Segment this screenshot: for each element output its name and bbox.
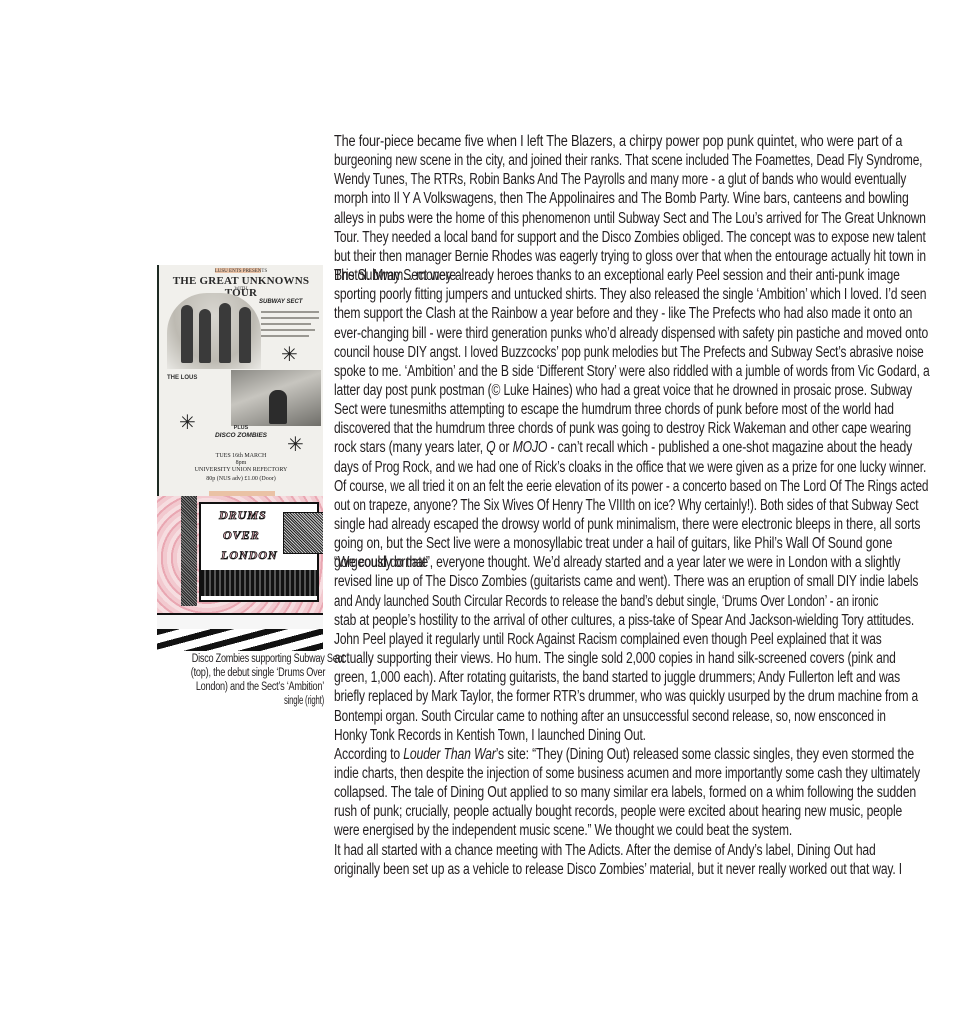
band-member-figure — [219, 303, 231, 363]
line-rest: already heroes thanks to an exceptional … — [452, 267, 900, 284]
poster-body-text — [261, 311, 319, 313]
text-line-overlap: “We could do that”, gorgeously ornate “W… — [334, 553, 900, 572]
poster-body-text — [261, 323, 311, 325]
text-line: going on, but the Sect live were a monos… — [334, 534, 892, 553]
curtain-illustration — [181, 496, 197, 606]
sleeve-word: DRUMS — [219, 508, 267, 523]
text-line: sporting poorly fitting jumpers and untu… — [334, 285, 926, 304]
poster-body-text — [261, 329, 315, 331]
text-line: Bontempi organ. South Circular came to n… — [334, 707, 886, 726]
poster-support: DISCO ZOMBIES — [159, 432, 323, 439]
text-line-mixed: According to Louder Than War’s site: “Th… — [334, 745, 914, 764]
gig-poster-image: LUSU ENTS PRESENTS THE GREAT UNKNOWNS TO… — [157, 265, 323, 496]
text-line: them support the Clash at the Rainbow a … — [334, 304, 912, 323]
publication-title: Louder Than War — [403, 746, 495, 763]
text-line: council house DIY angst. I loved Buzzcoc… — [334, 343, 924, 362]
poster-presenter: LUSU ENTS PRESENTS — [159, 269, 323, 274]
poster-with: WITH — [159, 287, 323, 292]
text-line: briefly replaced by Mark Taylor, the for… — [334, 687, 918, 706]
text-line: ever-changing bill - were third generati… — [334, 324, 928, 343]
poster-band2: THE LOUS — [167, 375, 197, 381]
figure-caption: Disco Zombies supporting Subway Sect (to… — [157, 652, 324, 708]
text-line: John Peel played it regularly until Rock… — [334, 630, 882, 649]
text-line: out on trapeze, anyone? The Six Wives Of… — [334, 496, 918, 515]
sleeve-word: LONDON — [221, 548, 278, 563]
text-line: discovered that the humdrum three chords… — [334, 419, 911, 438]
text-segment: rock stars (many years later, — [334, 439, 486, 456]
text-line: Sect were tunesmiths attempting to escap… — [334, 400, 894, 419]
text-line: Tour. They needed a local band for suppo… — [334, 228, 926, 247]
text-line: latter day post punk postman (© Luke Hai… — [334, 381, 912, 400]
band-member-figure — [239, 307, 251, 363]
text-line: revised line up of The Disco Zombies (gu… — [334, 572, 918, 591]
text-line: days of Prog Rock, and we had one of Ric… — [334, 458, 926, 477]
text-line: single had already escaped the drowsy wo… — [334, 515, 920, 534]
text-line: Wendy Tunes, The RTRs, Robin Banks And T… — [334, 170, 906, 189]
text-line: morph into Il Y A Volkswagens, then The … — [334, 189, 909, 208]
band-member-figure — [181, 305, 193, 363]
magazine-title-q: Q — [486, 439, 495, 456]
poster-time: 8pm — [159, 460, 323, 467]
text-line: indie charts, then despite the injection… — [334, 764, 920, 783]
poster-date-block: TUES 16th MARCH 8pm UNIVERSITY UNION REF… — [159, 453, 323, 483]
sleeve-word: OVER — [223, 528, 260, 543]
text-line: were energised by the independent music … — [334, 821, 792, 840]
text-line: stab at people’s hostility to the arriva… — [334, 611, 914, 630]
text-segment: ’s site: “They (Dining Out) released som… — [496, 746, 914, 763]
person-figure — [269, 390, 287, 424]
text-line: Of course, we all tried it on an felt th… — [334, 477, 928, 496]
drums-over-london-sleeve-image: DRUMS OVER LONDON — [157, 496, 323, 651]
sill-illustration — [157, 613, 323, 629]
asterisk-star-icon: ✳ — [281, 345, 298, 365]
text-line: spoke to me. ‘Ambition’ and the B side ‘… — [334, 362, 930, 381]
text-line: collapsed. The tale of Dining Out applie… — [334, 783, 916, 802]
text-line: but their then manager Bernie Rhodes was… — [334, 247, 926, 266]
text-line: green, 1,000 each). After rotating guita… — [334, 668, 900, 687]
caption-line: single (right) — [211, 694, 324, 708]
text-line: rush of punk; crucially, people actually… — [334, 802, 902, 821]
band-photo-subway-sect — [167, 293, 261, 369]
skyline-illustration — [201, 570, 317, 596]
text-line: The four-piece became five when I left T… — [334, 132, 902, 151]
caption-line: Disco Zombies supporting Subway Sect — [192, 652, 324, 666]
band-photo-the-lous — [231, 370, 321, 426]
floor-illustration — [157, 629, 323, 651]
text-line: and Andy launched South Circular Records… — [334, 592, 878, 611]
poster-venue: UNIVERSITY UNION REFECTORY — [159, 467, 323, 474]
line-rest: everyone thought. We’d already started a… — [433, 554, 900, 571]
text-segment: - can’t recall which - published a one-s… — [547, 439, 912, 456]
band-member-figure — [199, 309, 211, 363]
text-line: Honky Tonk Records in Kentish Town, I la… — [334, 726, 646, 745]
poster-body-text — [261, 317, 319, 319]
text-line: originally been set up as a vehicle to r… — [334, 860, 902, 879]
text-line: alleys in pubs were the home of this phe… — [334, 209, 926, 228]
text-line: actually supporting their views. Ho hum.… — [334, 649, 896, 668]
text-line: burgeoning new scene in the city, and jo… — [334, 151, 922, 170]
caption-line: (top), the debut single ‘Drums Over — [191, 666, 324, 680]
poster-plus: PLUS — [159, 425, 323, 431]
poster-date: TUES 16th MARCH — [159, 453, 323, 460]
poster-prices: 80p (NUS adv) £1.00 (Door) — [159, 476, 323, 483]
text-segment: According to — [334, 746, 403, 763]
magazine-title-mojo: MOJO — [513, 439, 548, 456]
poster-body-text — [261, 335, 309, 337]
caption-line: London) and the Sect’s ‘Ambition’ — [191, 680, 324, 694]
text-line-overlap: Bristol. Mmm... money The Subway Sect we… — [334, 266, 900, 285]
poster-headliner: SUBWAY SECT — [259, 299, 302, 305]
overlapping-text-b: “We could do that”, — [334, 553, 433, 572]
text-line-mixed: rock stars (many years later, Q or MOJO … — [334, 438, 912, 457]
text-segment: or — [496, 439, 513, 456]
overlapping-text-b: Bristol. Mmm... money — [334, 266, 452, 285]
lamp-illustration — [283, 512, 323, 554]
text-line: It had all started with a chance meeting… — [334, 841, 876, 860]
